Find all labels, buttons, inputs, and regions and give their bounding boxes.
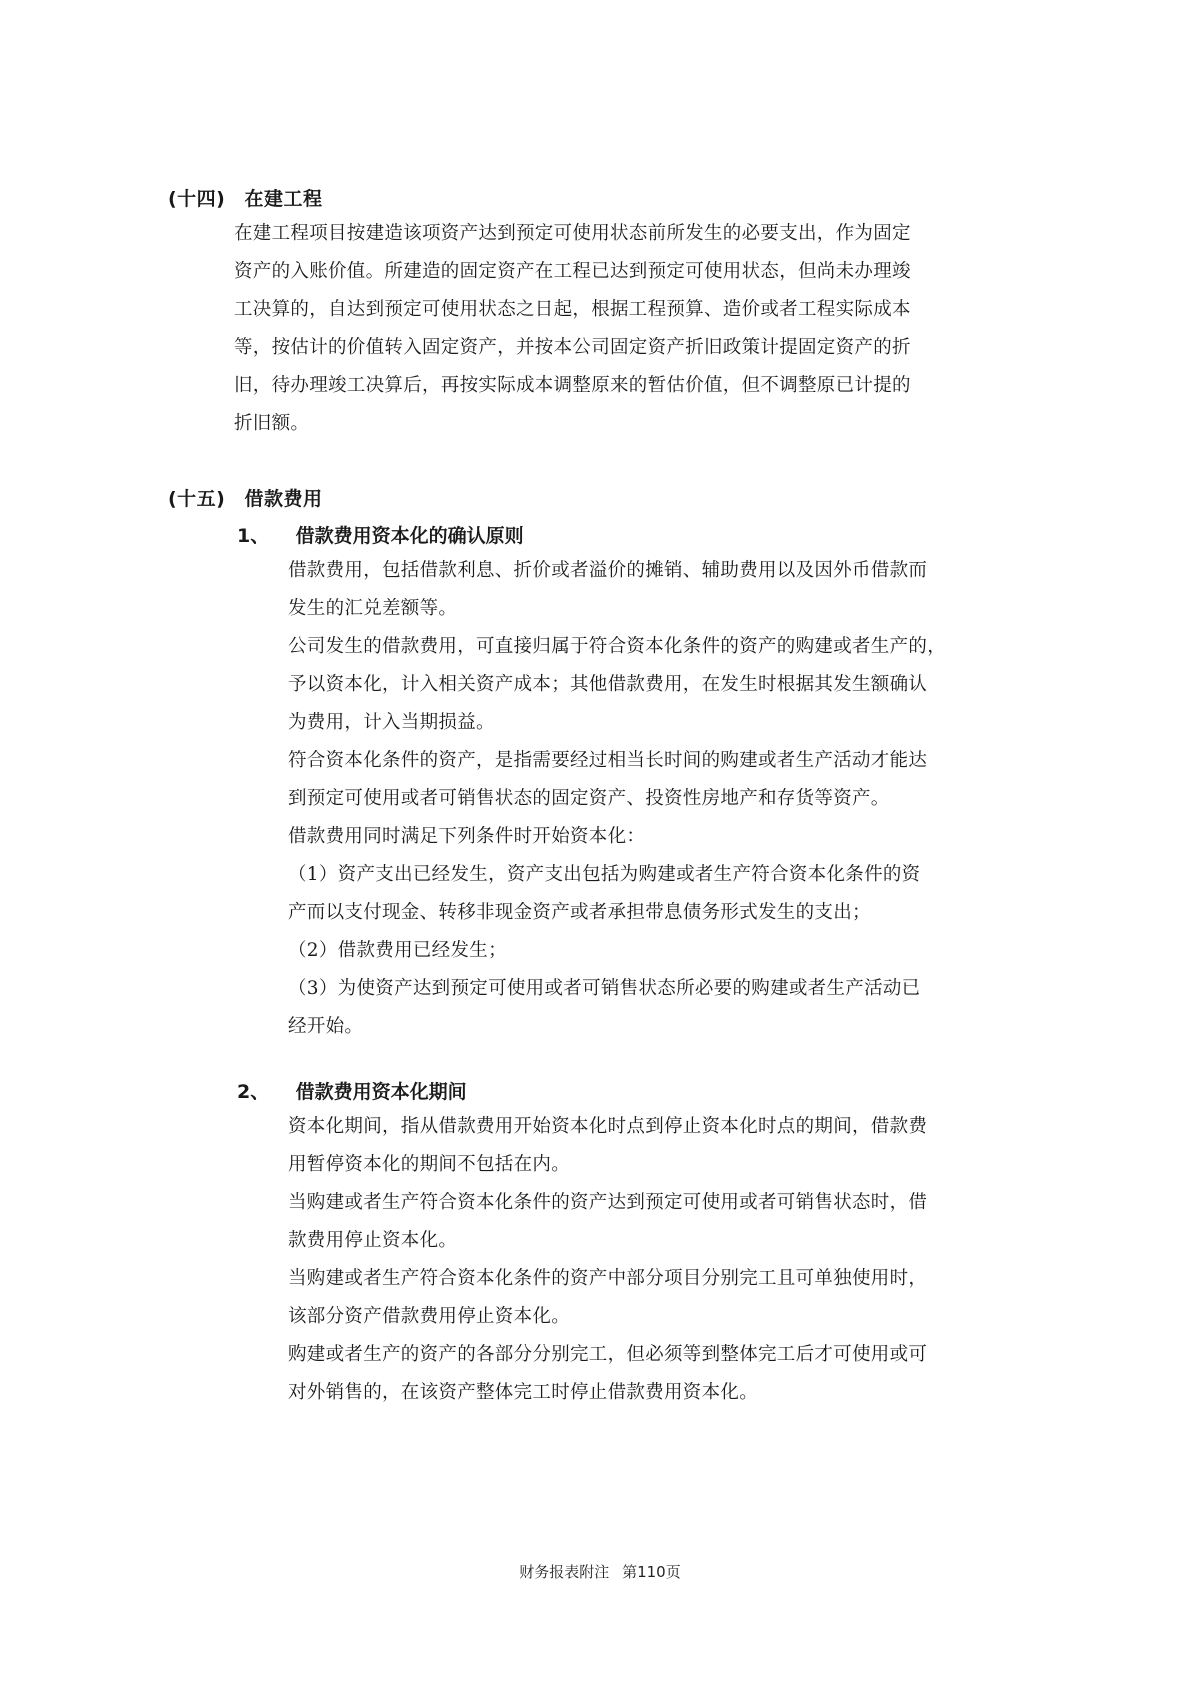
subsection-title: 借款费用资本化期间: [296, 1081, 467, 1103]
page-number: 第110页: [622, 1563, 681, 1581]
text-line: 当购建或者生产符合资本化条件的资产达到预定可使用或者可销售状态时，借: [288, 1184, 948, 1222]
text-line: 折旧额。: [234, 405, 946, 443]
text-line: 款费用停止资本化。: [288, 1222, 948, 1260]
subsection-title: 借款费用资本化的确认原则: [296, 525, 524, 547]
footer-title: 财务报表附注: [519, 1563, 609, 1581]
list-item-condition-1: （1）资产支出已经发生，资产支出包括为购建或者生产符合资本化条件的资: [288, 856, 948, 894]
document-page: (十四) 在建工程 在建工程项目按建造该项资产达到预定可使用状态前所发生的必要支…: [0, 0, 1200, 1696]
text-line: 借款费用同时满足下列条件时开始资本化：: [288, 818, 948, 856]
subsection-number: 1、: [237, 521, 289, 548]
subsection-1-body: 借款费用，包括借款利息、折价或者溢价的摊销、辅助费用以及因外币借款而 发生的汇兑…: [288, 552, 948, 1046]
section-title: 借款费用: [245, 488, 323, 510]
subsection-heading-recognition-principle: 1、 借款费用资本化的确认原则: [237, 521, 524, 548]
section-14-paragraph: 在建工程项目按建造该项资产达到预定可使用状态前所发生的必要支出，作为固定 资产的…: [234, 215, 946, 443]
text-line: 资本化期间，指从借款费用开始资本化时点到停止资本化时点的期间，借款费: [288, 1108, 948, 1146]
text-line: 发生的汇兑差额等。: [288, 590, 948, 628]
text-line: 在建工程项目按建造该项资产达到预定可使用状态前所发生的必要支出，作为固定: [234, 215, 946, 253]
text-line: 到预定可使用或者可销售状态的固定资产、投资性房地产和存货等资产。: [288, 780, 948, 818]
text-line: 工决算的，自达到预定可使用状态之日起，根据工程预算、造价或者工程实际成本: [234, 291, 946, 329]
subsection-2-body: 资本化期间，指从借款费用开始资本化时点到停止资本化时点的期间，借款费 用暂停资本…: [288, 1108, 948, 1412]
text-line: 购建或者生产的资产的各部分分别完工，但必须等到整体完工后才可使用或可: [288, 1336, 948, 1374]
subsection-heading-capitalization-period: 2、 借款费用资本化期间: [237, 1077, 467, 1104]
text-line: 用暂停资本化的期间不包括在内。: [288, 1146, 948, 1184]
section-number: (十四): [168, 188, 225, 210]
list-item-condition-3: （3）为使资产达到预定可使用或者可销售状态所必要的购建或者生产活动已: [288, 970, 948, 1008]
text-line: 等，按估计的价值转入固定资产，并按本公司固定资产折旧政策计提固定资产的折: [234, 329, 946, 367]
subsection-number: 2、: [237, 1077, 289, 1104]
section-number: (十五): [168, 488, 225, 510]
text-line: 该部分资产借款费用停止资本化。: [288, 1298, 948, 1336]
text-line: 旧，待办理竣工决算后，再按实际成本调整原来的暂估价值，但不调整原已计提的: [234, 367, 946, 405]
text-line: 予以资本化，计入相关资产成本；其他借款费用，在发生时根据其发生额确认: [288, 666, 948, 704]
text-line: 借款费用，包括借款利息、折价或者溢价的摊销、辅助费用以及因外币借款而: [288, 552, 948, 590]
text-line: 对外销售的，在该资产整体完工时停止借款费用资本化。: [288, 1374, 948, 1412]
text-line: 符合资本化条件的资产，是指需要经过相当长时间的购建或者生产活动才能达: [288, 742, 948, 780]
section-heading-borrowing-costs: (十五) 借款费用: [168, 484, 323, 511]
page-footer: 财务报表附注 第110页: [0, 1561, 1200, 1582]
text-line: 经开始。: [288, 1008, 948, 1046]
text-line: 资产的入账价值。所建造的固定资产在工程已达到预定可使用状态，但尚未办理竣: [234, 253, 946, 291]
text-line: 产而以支付现金、转移非现金资产或者承担带息债务形式发生的支出；: [288, 894, 948, 932]
text-line: 当购建或者生产符合资本化条件的资产中部分项目分别完工且可单独使用时，: [288, 1260, 948, 1298]
section-title: 在建工程: [245, 188, 323, 210]
list-item-condition-2: （2）借款费用已经发生；: [288, 932, 948, 970]
text-line: 为费用，计入当期损益。: [288, 704, 948, 742]
text-line: 公司发生的借款费用，可直接归属于符合资本化条件的资产的购建或者生产的，: [288, 628, 948, 666]
section-heading-construction-in-progress: (十四) 在建工程: [168, 184, 323, 211]
